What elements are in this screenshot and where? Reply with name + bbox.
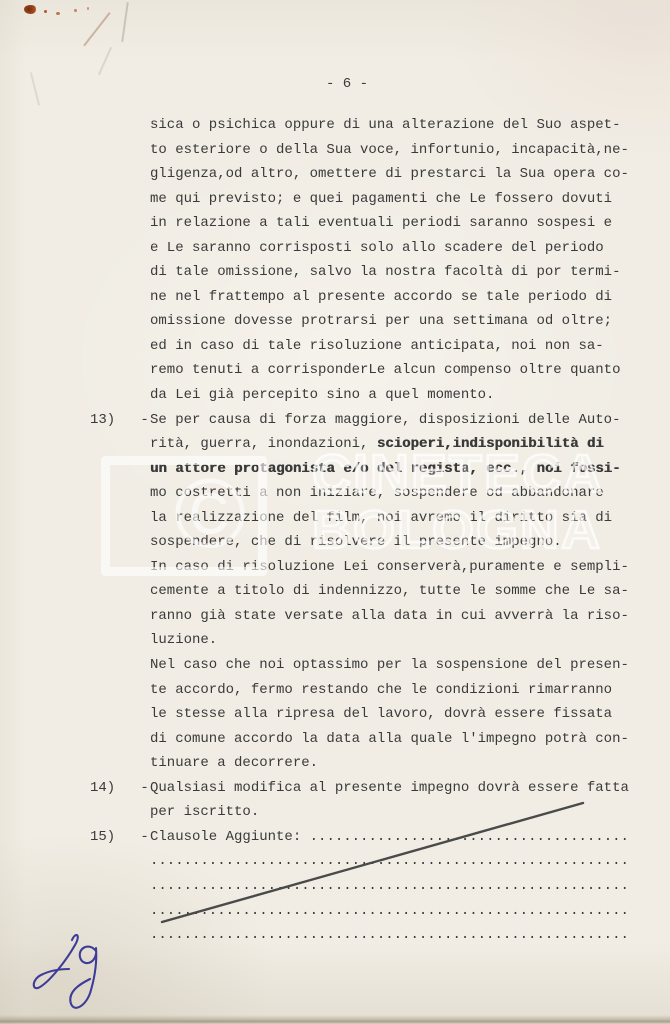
- item-number: 13) -: [90, 408, 149, 433]
- text-line: 14) -Qualsiasi modifica al presente impe…: [150, 776, 655, 801]
- text-line: sica o psichica oppure di una alterazion…: [150, 113, 655, 138]
- text-line: In caso di risoluzione Lei conserverà,pu…: [150, 555, 655, 580]
- text-line: ed in caso di tale risoluzione anticipat…: [150, 334, 655, 359]
- text-line: me qui previsto; e quei pagamenti che Le…: [150, 187, 655, 212]
- text-line: cemente a titolo di indennizzo, tutte le…: [150, 579, 655, 604]
- item-number: 15) -: [90, 825, 149, 850]
- text-line: ........................................…: [150, 849, 655, 874]
- text-line: luzione.: [150, 628, 655, 653]
- text-line: la realizzazione del film, noi avremo il…: [150, 506, 655, 531]
- page-number: - 6 -: [326, 76, 368, 92]
- text-line: per iscritto.: [150, 800, 655, 825]
- text-line: 13) -Se per causa di forza maggiore, dis…: [150, 408, 655, 433]
- ink-stain-blob: [24, 5, 36, 14]
- text-line: mo costretti a non iniziare, sospendere …: [150, 481, 655, 506]
- text-line: rità, guerra, inondazioni, scioperi,indi…: [150, 432, 655, 457]
- text-line: sospendere, che di risolvere il presente…: [150, 530, 655, 555]
- text-line: di tale omissione, salvo la nostra facol…: [150, 260, 655, 285]
- text-line: 15) -Clausole Aggiunte: ................…: [150, 825, 655, 850]
- text-line: le stesse alla ripresa del lavoro, dovrà…: [150, 702, 655, 727]
- item-number: 14) -: [90, 776, 149, 801]
- text-line: ne nel frattempo al presente accordo se …: [150, 285, 655, 310]
- text-line: remo tenuti a corrisponderLe alcun compe…: [150, 358, 655, 383]
- document-body: sica o psichica oppure di una alterazion…: [150, 113, 655, 948]
- text-line: un attore protagonista e/o del regista, …: [150, 457, 655, 482]
- scan-bottom-edge: [0, 1015, 670, 1024]
- text-line: ........................................…: [150, 923, 655, 948]
- scanned-document-page: - 6 - sica o psichica oppure di una alte…: [0, 0, 670, 1024]
- text-line: ranno già state versate alla data in cui…: [150, 604, 655, 629]
- text-line: ........................................…: [150, 874, 655, 899]
- text-line: ........................................…: [150, 899, 655, 924]
- text-line: Nel caso che noi optassimo per la sospen…: [150, 653, 655, 678]
- text-line: in relazione a tali eventuali periodi sa…: [150, 211, 655, 236]
- text-line: tinuare a decorrere.: [150, 751, 655, 776]
- text-line: te accordo, fermo restando che le condiz…: [150, 678, 655, 703]
- text-line: da Lei già percepito sino a quel momento…: [150, 383, 655, 408]
- text-line: di comune accordo la data alla quale l'i…: [150, 727, 655, 752]
- text-line: omissione dovesse protrarsi per una sett…: [150, 309, 655, 334]
- text-line: gligenza,od altro, omettere di prestarci…: [150, 162, 655, 187]
- text-line: to esteriore o della Sua voce, infortuni…: [150, 138, 655, 163]
- text-line: e Le saranno corrisposti solo allo scade…: [150, 236, 655, 261]
- signature: [28, 928, 112, 1020]
